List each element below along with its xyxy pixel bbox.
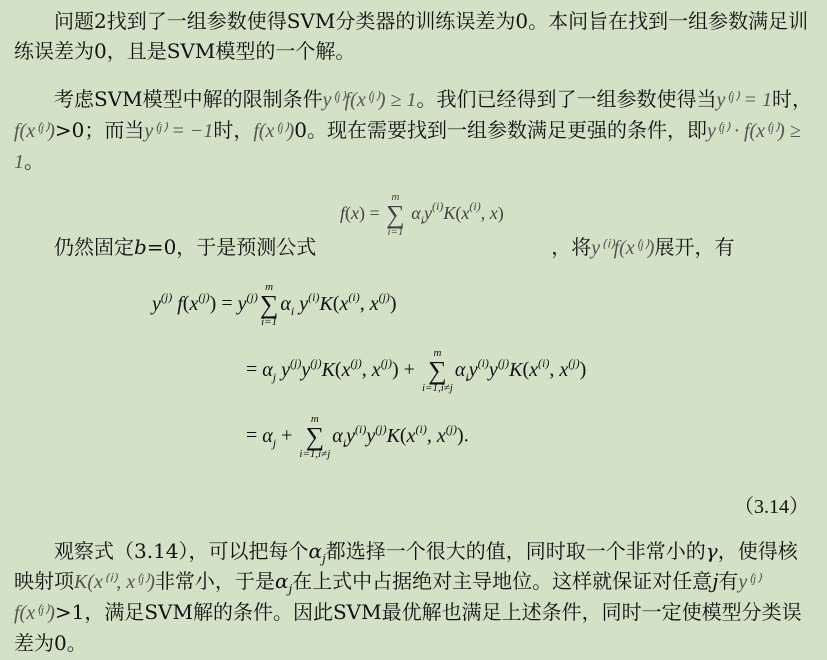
math-inline: f(x⁽ʲ⁾) bbox=[14, 120, 55, 142]
text: >1，满足SVM解的条件。因此SVM最优解也满足上述条件，同时一定使模型分类误差… bbox=[14, 600, 802, 655]
text: =0，于是预测公式 bbox=[147, 235, 316, 259]
paragraph-observation: 观察式（3.14），可以把每个αj都选择一个很大的值，同时取一个非常小的γ，使得… bbox=[14, 536, 814, 658]
paragraph-expand: 仍然固定b=0，于是预测公式，将y⁽ⁱ⁾f(x⁽ʲ⁾)展开，有 bbox=[14, 232, 814, 263]
math-inline: y⁽ʲ⁾ = −1 bbox=[144, 120, 213, 142]
var-gamma: γ bbox=[706, 539, 718, 563]
equation-line-2: = αj y(j)y(j)K(x(j), x(j)) + m∑i=1,i≠jαi… bbox=[246, 348, 586, 394]
math-inline: y⁽ʲ⁾ = 1 bbox=[716, 89, 772, 111]
text: >0；而当 bbox=[55, 118, 144, 142]
math-inline: f(x⁽ʲ⁾) bbox=[253, 120, 294, 142]
var-b: b bbox=[134, 235, 147, 259]
math-inline: K(x⁽ⁱ⁾, x⁽ʲ⁾) bbox=[74, 571, 155, 593]
text: 时， bbox=[213, 118, 253, 142]
text: 观察式（3.14），可以把每个 bbox=[54, 539, 309, 563]
text: 非常小，于是 bbox=[155, 569, 275, 593]
text: ，将 bbox=[551, 235, 591, 259]
text: 。 bbox=[24, 149, 44, 173]
text: 仍然固定 bbox=[54, 235, 134, 259]
text: 都选择一个很大的值，同时取一个非常小的 bbox=[326, 539, 706, 563]
equation-line-1: y(j) f(x(j)) = y(j)m∑i=1αi y(i)K(x(i), x… bbox=[152, 282, 397, 328]
equation-number: （3.14） bbox=[734, 490, 809, 519]
text: 时， bbox=[772, 87, 812, 111]
text: 考虑SVM模型中解的限制条件 bbox=[54, 87, 323, 111]
text: 在上式中占据绝对主导地位。这样就保证对任意 bbox=[292, 569, 712, 593]
text: 展开，有 bbox=[654, 235, 734, 259]
text: 有 bbox=[718, 569, 738, 593]
paragraph-constraint: 考虑SVM模型中解的限制条件y⁽ʲ⁾f(x⁽ʲ⁾) ≥ 1。我们已经得到了一组参… bbox=[14, 84, 814, 177]
math-inline: y⁽ⁱ⁾f(x⁽ʲ⁾) bbox=[591, 237, 654, 259]
equation-line-3: = αj + m∑i=1,i≠jαiy(i)y(j)K(x(i), x(j)). bbox=[246, 414, 469, 460]
text: 。我们已经得到了一组参数使得当 bbox=[416, 87, 716, 111]
paragraph-intro: 问题2找到了一组参数使得SVM分类器的训练误差为0。本问旨在找到一组参数满足训练… bbox=[14, 6, 814, 66]
text: 0。现在需要找到一组参数满足更强的条件，即 bbox=[294, 118, 707, 142]
math-inline: y⁽ʲ⁾f(x⁽ʲ⁾) ≥ 1 bbox=[323, 89, 417, 111]
